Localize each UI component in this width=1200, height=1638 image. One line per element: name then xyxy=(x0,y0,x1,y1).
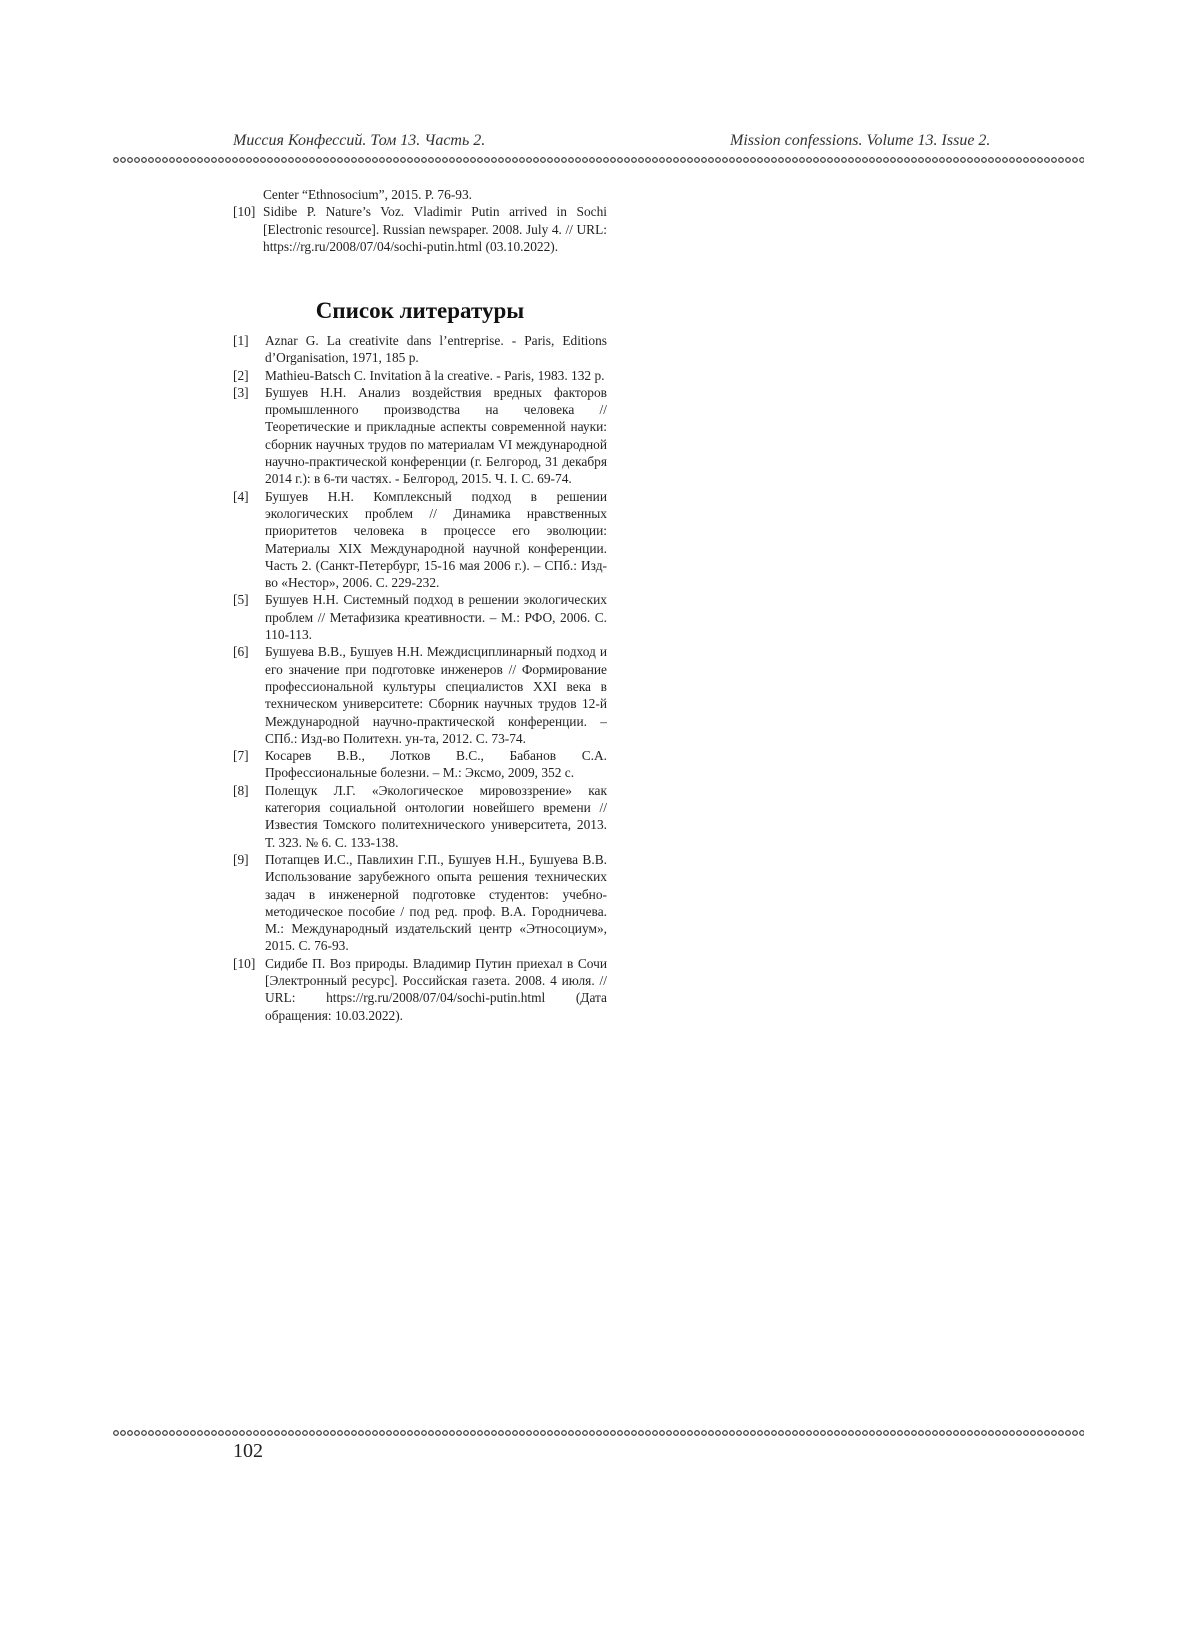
footer-ornamental-rule xyxy=(112,1429,1084,1437)
reference-number: [1] xyxy=(233,332,249,349)
reference-item: [6] Бушуева В.В., Бушуев Н.Н. Междисципл… xyxy=(233,643,607,747)
reference-item: [9] Потапцев И.С., Павлихин Г.П., Бушуев… xyxy=(233,851,607,955)
reference-text: Бушуев Н.Н. Анализ воздействия вредных ф… xyxy=(265,385,607,486)
reference-number: [4] xyxy=(233,488,249,505)
reference-item: [10] Sidibe P. Nature’s Voz. Vladimir Pu… xyxy=(233,203,607,255)
reference-item: [1] Aznar G. La creativite dans l’entrep… xyxy=(233,332,607,367)
reference-item: [10] Сидибе П. Воз природы. Владимир Пут… xyxy=(233,955,607,1024)
reference-number: [3] xyxy=(233,384,249,401)
reference-item: [2] Mathieu-Batsch C. Invitation ã la cr… xyxy=(233,367,607,384)
header-ornamental-rule xyxy=(112,156,1084,164)
running-head-russian: Миссия Конфессий. Том 13. Часть 2. xyxy=(233,132,485,150)
reference-continuation-text: Center “Ethnosocium”, 2015. P. 76-93. xyxy=(233,186,607,203)
reference-item: [7] Косарев В.В., Лотков В.С., Бабанов С… xyxy=(233,747,607,782)
reference-number: [7] xyxy=(233,747,249,764)
bibliography-title: Список литературы xyxy=(233,298,607,324)
previous-references-continuation: Center “Ethnosocium”, 2015. P. 76-93. [1… xyxy=(233,186,607,255)
reference-text: Полещук Л.Г. «Экологическое мировоззрени… xyxy=(265,783,607,850)
reference-item: [8] Полещук Л.Г. «Экологическое мировозз… xyxy=(233,782,607,851)
reference-text: Бушуев Н.Н. Системный подход в решении э… xyxy=(265,592,607,642)
reference-item: [5] Бушуев Н.Н. Системный подход в решен… xyxy=(233,591,607,643)
reference-text: Потапцев И.С., Павлихин Г.П., Бушуев Н.Н… xyxy=(265,852,607,953)
reference-text: Косарев В.В., Лотков В.С., Бабанов С.А. … xyxy=(265,748,607,780)
reference-item: [3] Бушуев Н.Н. Анализ воздействия вредн… xyxy=(233,384,607,488)
reference-text: Sidibe P. Nature’s Voz. Vladimir Putin a… xyxy=(263,204,607,254)
reference-text: Mathieu-Batsch C. Invitation ã la creati… xyxy=(265,368,605,383)
reference-number: [8] xyxy=(233,782,249,799)
reference-number: [10] xyxy=(233,203,255,220)
bibliography-list: [1] Aznar G. La creativite dans l’entrep… xyxy=(233,332,607,1024)
reference-number: [2] xyxy=(233,367,249,384)
reference-text: Бушуева В.В., Бушуев Н.Н. Междисциплинар… xyxy=(265,644,607,745)
reference-text: Aznar G. La creativite dans l’entreprise… xyxy=(265,333,607,365)
reference-number: [6] xyxy=(233,643,249,660)
reference-text: Сидибе П. Воз природы. Владимир Путин пр… xyxy=(265,956,607,1023)
reference-item: [4] Бушуев Н.Н. Комплексный подход в реш… xyxy=(233,488,607,592)
running-head-english: Mission confessions. Volume 13. Issue 2. xyxy=(730,132,990,150)
reference-number: [10] xyxy=(233,955,255,972)
reference-text: Бушуев Н.Н. Комплексный подход в решении… xyxy=(265,489,607,590)
reference-number: [9] xyxy=(233,851,249,868)
page-number: 102 xyxy=(233,1440,263,1463)
reference-number: [5] xyxy=(233,591,249,608)
